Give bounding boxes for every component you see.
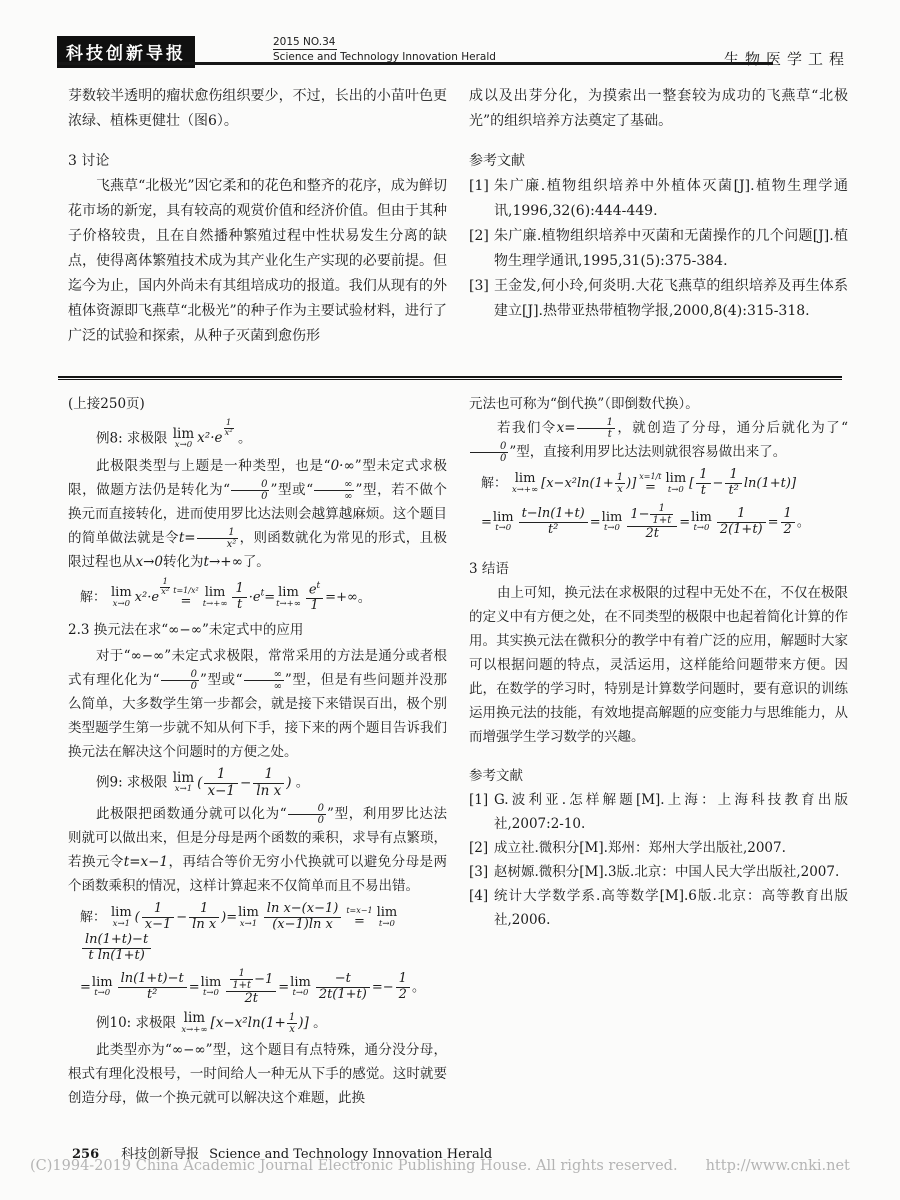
fraction: 1x² [197,527,239,550]
fraction: 1t² [725,468,741,499]
reference-item: [4] 统计大学数学系.高等数学[M].6版.北京：高等教育出版社,2006. [469,884,848,932]
example9-line: 例9: 求极限 limx→1(1x−1−1ln x) 。 [68,767,447,799]
copyright-notice: (C)1994-2019 China Academic Journal Elec… [30,1158,678,1174]
formula-ex9: limx→1(1x−1−1ln x) [172,775,292,791]
lim-symbol: limt→+∞ [276,586,301,609]
fraction: 1x−1 [204,767,238,799]
footer-copyright-line: (C)1994-2019 China Academic Journal Elec… [30,1158,850,1174]
fraction: 1ln x [253,767,284,799]
fraction: 12(1+t) [717,507,766,538]
paragraph: 此类型亦为“∞−∞”型，这个题目有点特殊，通分没分母，根式有理化没根号，一时间给… [68,1038,447,1110]
fraction: 1t [696,468,710,499]
lim-symbol: limt→+∞ [203,586,228,609]
article1-right-column: 成以及出芽分化，为摸索出一整套较为成功的飞燕草“北极光”的组织培养方法奠定了基础… [469,84,848,349]
fraction-zero-over-zero: 00 [470,441,508,464]
paragraph: 此极限把函数通分就可以化为“00”型，利用罗比达法则就可以做出来，但是分母是两个… [68,802,447,898]
article2-right-column: 元法也可称为“倒代换”（即倒数代换）。 若我们令x=1t，就创造了分母，通分后就… [469,392,848,1110]
article-divider-rule [58,376,842,380]
lim-symbol: limt→0 [377,906,398,929]
lim-symbol: limx→1 [173,771,194,795]
fraction: ln(1+t)−tt ln(1+t) [82,933,151,964]
lim-symbol: limt→0 [602,511,623,534]
article2-left-column: (上接250页) 例8: 求极限 limx→0x²·e1x² 。 此极限类型与上… [68,392,447,1110]
formula-row: 解：limx→1(1x−1−1ln x)=limx→1ln x−(x−1)(x−… [80,902,447,964]
lim-symbol: limx→0 [111,586,132,609]
article1-left-column: 芽数较半透明的瘤状愈伤组织要少，不过，长出的小苗叶色更浓绿、植株更健壮（图6）。… [68,84,447,349]
fraction: −t2t(1+t) [316,972,370,1003]
reference-item: [1] 朱广廉.植物组织培养中外植体灭菌[J].植物生理学通讯,1996,32(… [469,174,848,224]
lim-symbol: limx→1 [111,906,132,929]
equals-with-substitution: x=1/t= [639,473,661,495]
fraction: 1x [615,472,625,495]
solution8-formula: 解：limx→0x²·e1x²t=1/x²=limt→+∞1t·et=limt→… [80,578,447,614]
exponent-fraction: 1x² [224,419,234,439]
paragraph: 此极限类型与上题是一种类型，也是“0·∞”型未定式求极限，做题方法仍是转化为“0… [68,454,447,574]
reference-item: [2] 成立社.微积分[M].郑州：郑州大学出版社,2007. [469,836,848,860]
reference-item: [2] 朱广廉.植物组织培养中灭菌和无菌操作的几个问题[J].植物生理学通讯,1… [469,224,848,274]
lim-symbol: limx→+∞ [181,1011,207,1035]
article1: 芽数较半透明的瘤状愈伤组织要少，不过，长出的小苗叶色更浓绿、植株更健壮（图6）。… [68,84,848,349]
paragraph: 由上可知，换元法在求极限的过程中无处不在，不仅在极限的定义中有方便之处，在不同类… [469,581,848,749]
fraction-zero-over-zero: 00 [161,669,199,692]
fraction: 1x [287,1012,297,1035]
fraction: 1t [577,417,615,440]
fraction: 11+t−12t [226,968,276,1007]
formula-ex8: limx→0x²·e1x² [172,430,234,446]
paragraph: 成以及出芽分化，为摸索出一整套较为成功的飞燕草“北极光”的组织培养方法奠定了基础… [469,84,848,134]
lim-symbol: limt→0 [666,472,687,495]
fraction: 12 [781,507,795,538]
fraction: t−ln(1+t)t² [519,507,588,538]
section-heading-conclusion: 3 结语 [469,557,848,581]
formula-row: =limt→0ln(1+t)−tt²=limt→011+t−12t=limt→0… [80,968,447,1007]
fraction: ln x−(x−1)(x−1)ln x [264,902,342,933]
reference-item: [3] 赵树嫄.微积分[M].3版.北京：中国人民大学出版社,2007. [469,860,848,884]
fraction: 1−11+t2t [627,503,677,542]
fraction: 1ln x [189,902,219,933]
solution10-formula: 解：limx→+∞[x−x²ln(1+1x)]x=1/t=limt→0[1t−1… [481,468,848,542]
fraction: 12 [396,972,410,1003]
lim-symbol: limt→0 [290,976,311,999]
cnki-url: http://www.cnki.net [706,1158,850,1174]
page-header: 科技创新导报 2015 NO.34 Science and Technology… [57,36,850,70]
fraction-inf-over-inf: ∞∞ [314,479,354,502]
fraction: 1x−1 [142,902,175,933]
references-heading: 参考文献 [469,149,848,174]
section-label: 生物医学工程 [724,48,850,69]
reference-item: [3] 王金发,何小玲,何炎明.大花飞燕草的组织培养及再生体系建立[J].热带亚… [469,274,848,324]
exponent-fraction: 1x² [160,578,170,598]
equals-with-substitution: t=x−1= [346,907,372,929]
paragraph: 若我们令x=1t，就创造了分母，通分后就化为了“00”型，直接利用罗比达法则就很… [469,416,848,464]
issue-number: 2015 NO.34 [273,36,337,50]
paragraph: 元法也可称为“倒代换”（即倒数代换）。 [469,392,848,416]
continued-from-note: (上接250页) [68,392,447,416]
reference-item: [1] G.波利亚.怎样解题[M].上海：上海科技教育出版社,2007:2-10… [469,788,848,836]
lim-symbol: limx→0 [173,427,194,451]
paragraph: 飞燕草“北极光”因它柔和的花色和整齐的花序，成为鲜切花市场的新宠，具有较高的观赏… [68,174,447,349]
formula-ex10: limx→+∞[x−x²ln(1+1x)] [180,1015,308,1031]
solution-label: 解： [481,476,507,491]
fraction-zero-over-zero: 00 [288,803,326,826]
example10-line: 例10: 求极限 limx→+∞[x−x²ln(1+1x)] 。 [68,1011,447,1035]
references-heading: 参考文献 [469,764,848,788]
lim-symbol: limx→+∞ [512,472,538,495]
fraction: ln(1+t)−tt² [118,972,187,1003]
section-heading-discussion: 3 讨论 [68,149,447,174]
issue-block: 2015 NO.34 Science and Technology Innova… [273,36,496,63]
paragraph: 芽数较半透明的瘤状愈伤组织要少，不过，长出的小苗叶色更浓绿、植株更健壮（图6）。 [68,84,447,134]
solution-label: 解： [80,910,106,925]
solution9-formula: 解：limx→1(1x−1−1ln x)=limx→1ln x−(x−1)(x−… [80,902,447,1007]
solution-label: 解： [80,590,106,605]
fraction: 11+t [230,968,253,991]
example8-line: 例8: 求极限 limx→0x²·e1x² 。 [68,419,447,451]
article2: (上接250页) 例8: 求极限 limx→0x²·e1x² 。 此极限类型与上… [68,392,848,1110]
lim-symbol: limt→0 [493,511,514,534]
paragraph: 对于“∞−∞”未定式求极限，常常采用的方法是通分或者根式有理化化为“00”型或“… [68,644,447,764]
fraction: 1t [232,582,246,613]
fraction: 11+t [650,503,673,526]
section-heading-2-3: 2.3 换元法在求“∞−∞”未定式中的应用 [68,618,447,642]
header-rule [57,62,773,65]
formula-row: =limt→0t−ln(1+t)t²=limt→01−11+t2t=limt→0… [481,503,848,542]
lim-symbol: limt→0 [201,976,222,999]
formula-row: 解：limx→+∞[x−x²ln(1+1x)]x=1/t=limt→0[1t−1… [481,468,848,499]
lim-symbol: limt→0 [92,976,113,999]
equals-with-substitution: t=1/x²= [173,587,198,609]
fraction-zero-over-zero: 00 [231,479,269,502]
fraction-inf-over-inf: ∞∞ [244,669,284,692]
lim-symbol: limx→1 [238,906,259,929]
lim-symbol: limt→0 [691,511,712,534]
fraction: et1 [306,581,323,614]
